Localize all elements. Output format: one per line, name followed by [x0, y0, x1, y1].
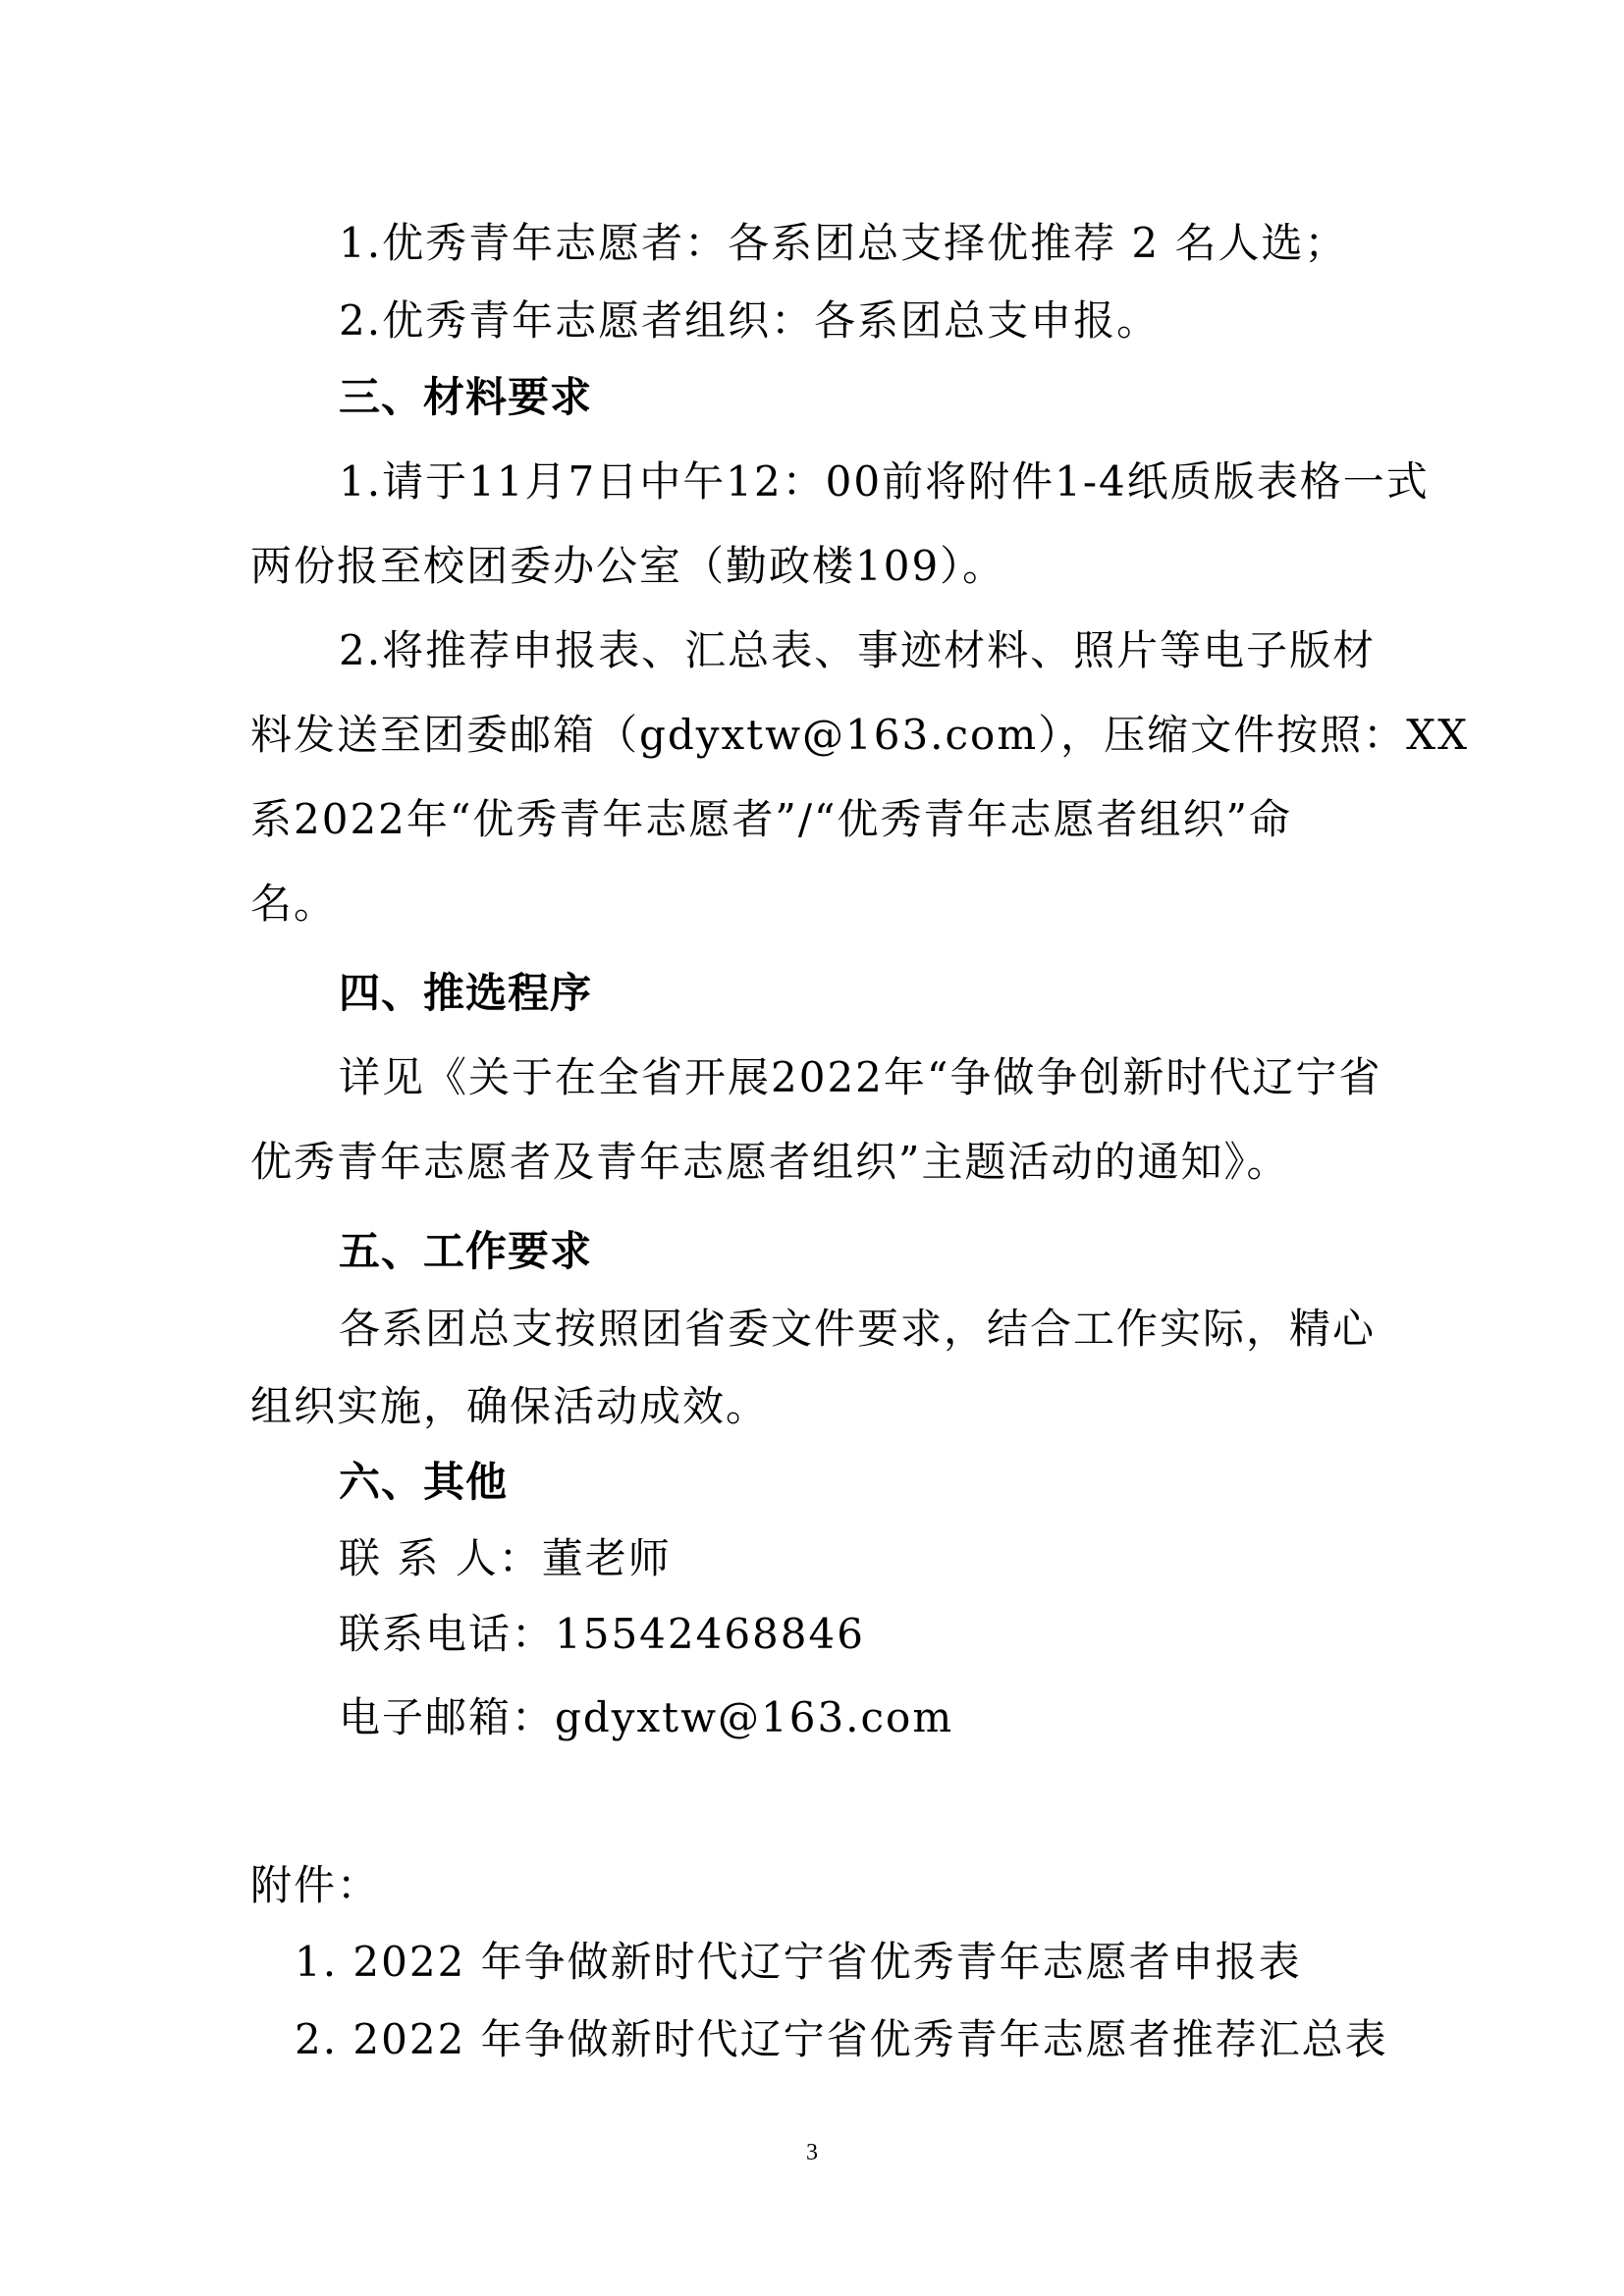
- work-requirements-line-1: 各系团总支按照团省委文件要求，结合工作实际，精心: [339, 1305, 1478, 1354]
- section-heading-other: 六、其他: [339, 1458, 1478, 1507]
- procedure-line-1: 详见《关于在全省开展2022年“争做争创新时代辽宁省: [339, 1053, 1478, 1102]
- contact-person: 联 系 人：董老师: [339, 1534, 1478, 1583]
- attachment-item-1: 1. 2022 年争做新时代辽宁省优秀青年志愿者申报表: [295, 1938, 1434, 1987]
- page-number: 3: [0, 2140, 1624, 2166]
- criteria-item-1: 1.优秀青年志愿者：各系团总支择优推荐 2 名人选；: [339, 219, 1478, 268]
- materials-item-2-line-3: 系2022年“优秀青年志愿者”/“优秀青年志愿者组织”命: [250, 795, 1389, 844]
- section-heading-materials: 三、材料要求: [339, 373, 1478, 422]
- procedure-line-2: 优秀青年志愿者及青年志愿者组织”主题活动的通知》。: [250, 1138, 1389, 1187]
- contact-phone: 联系电话：15542468846: [339, 1610, 1478, 1659]
- contact-email: 电子邮箱：gdyxtw@163.com: [339, 1693, 1478, 1742]
- attachment-item-2: 2. 2022 年争做新时代辽宁省优秀青年志愿者推荐汇总表: [295, 2015, 1434, 2064]
- work-requirements-line-2: 组织实施，确保活动成效。: [250, 1382, 1389, 1431]
- materials-item-2-line-1: 2.将推荐申报表、汇总表、事迹材料、照片等电子版材: [339, 626, 1478, 675]
- materials-item-1-line-2: 两份报至校团委办公室（勤政楼109）。: [250, 542, 1389, 591]
- section-heading-work-requirements: 五、工作要求: [339, 1227, 1478, 1276]
- criteria-item-2: 2.优秀青年志愿者组织：各系团总支申报。: [339, 296, 1478, 346]
- materials-item-1-line-1: 1.请于11月7日中午12：00前将附件1-4纸质版表格一式: [339, 457, 1478, 507]
- attachments-label: 附件：: [250, 1861, 1389, 1910]
- section-heading-procedure: 四、推选程序: [339, 969, 1478, 1018]
- materials-item-2-line-4: 名。: [250, 880, 1389, 929]
- materials-item-2-line-2: 料发送至团委邮箱（gdyxtw@163.com），压缩文件按照：XX: [250, 711, 1389, 760]
